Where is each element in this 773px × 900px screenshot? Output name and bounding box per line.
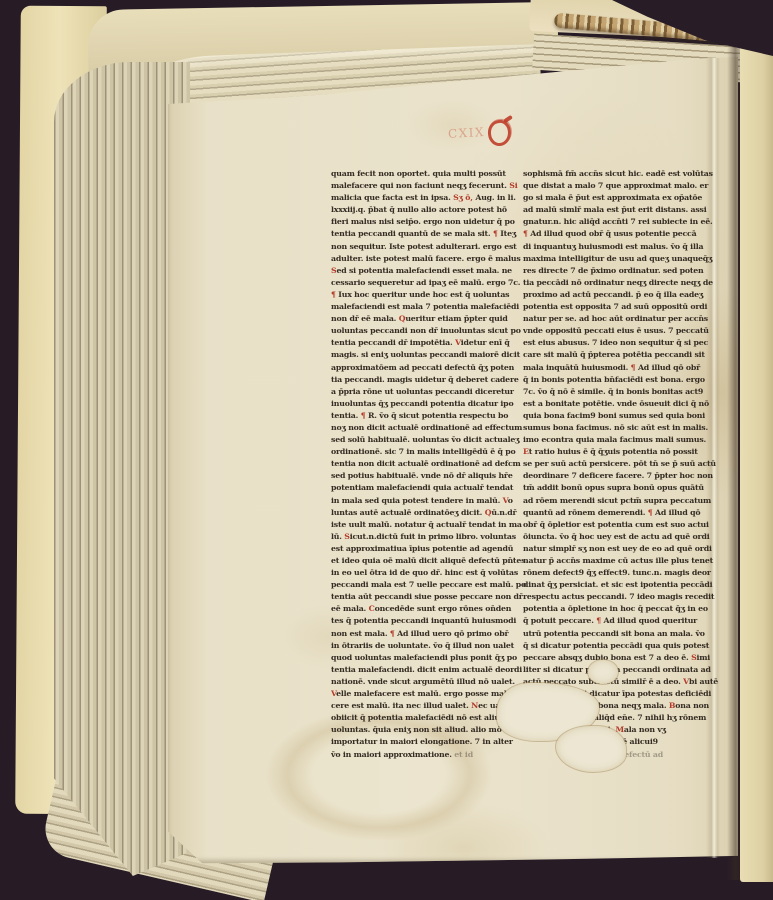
- text-line: liter si dicatur potentia peccandi ordin…: [523, 664, 721, 676]
- text-line: quam fecit non oportet. quia multi possū…: [331, 168, 529, 180]
- text-line: tentia. ¶ R. v̄o q̄ sicut potentia respe…: [331, 410, 529, 422]
- text-line: peccare absqʒ dubio bona est 7 a deo ē. …: [523, 652, 721, 664]
- text-line: importatur in maiori elongatione. 7 in a…: [331, 736, 529, 748]
- text-line: noʒ non dicit actualē ordinationē ad eff…: [331, 422, 529, 434]
- text-line: a p̄pria rōne ut uoluntas peccandi dicer…: [331, 386, 529, 398]
- text-line: tentia non dicit actualē ordinationē ad …: [331, 458, 529, 470]
- text-line: est a bonitate potētie. vnde ōsueuit dic…: [523, 398, 721, 410]
- text-line: uoluntas peccandi non dr̄ inuoluntas sic…: [331, 325, 529, 337]
- text-line: proximo ad actū peccandi. p̄ eo q̄ illa …: [523, 289, 721, 301]
- text-line: approximatōem ad peccati defectū q̄ʒ pot…: [331, 362, 529, 374]
- text-line: fieri malus nisi seip̄o. ergo non uidetu…: [331, 216, 529, 228]
- text-line: tentia malefaciendi. dicit enim actualē …: [331, 664, 529, 676]
- text-line: go si mala ē p̄ut est approximata ex op̄…: [523, 192, 721, 204]
- text-line: ¶ Iux hoc queritur unde hoc est q̄ uolun…: [331, 289, 529, 301]
- text-line: ordinationē. sic 7 in malis intelligēdū …: [331, 446, 529, 458]
- parchment-patch-tiny: [588, 660, 618, 684]
- text-line: lxxxiij.q. p̄bat q̄ nullo alio actore po…: [331, 204, 529, 216]
- text-line: iste uult malū. notatur q̄ actualr̄ tend…: [331, 519, 529, 531]
- text-line: tentia aūt peccandi siue posse peccare n…: [331, 591, 529, 603]
- text-line: adulter. iste potest malū facere. ergo ē…: [331, 253, 529, 265]
- text-line: mala inquātū huiusmodi. ¶ Ad illud qō ob…: [523, 362, 721, 374]
- text-line: q̄ in bonis potentia bn̄faciēdi est bona…: [523, 374, 721, 386]
- text-line: imo econtra quia mala facimus mali sumus…: [523, 434, 721, 446]
- text-line: rōnem defect9 q̄ʒ effect9. tunc.n. magis…: [523, 567, 721, 579]
- text-line: tm̄ addit bonū opus supra bonū opus quāt…: [523, 482, 721, 494]
- text-line: 7c. v̄o q̄ nō ē simile. q̄ in bonis boni…: [523, 386, 721, 398]
- text-line: tentia peccandi dr̄ impotētia. Videtur e…: [331, 337, 529, 349]
- text-line: malefaciendi est mala 7 potentia malefac…: [331, 301, 529, 313]
- text-line: ¶ Ad illud quod obr̄ q̄ usus potentie pe…: [523, 228, 721, 240]
- text-line: malicia que facta est in ipsa. Sʒ ō, Aug…: [331, 192, 529, 204]
- text-line: tentia peccandi quantū de se mala sit. ¶…: [331, 228, 529, 240]
- text-line: ad rōem merendi sicut pctm̄ supra peccat…: [523, 495, 721, 507]
- back-cover-edge: [740, 18, 773, 882]
- text-line: sed potius habitualē. vnde nō dr̄ aliqui…: [331, 470, 529, 482]
- text-line: cessario sequeretur ad ipaʒ eē malū. erg…: [331, 277, 529, 289]
- text-line: potentiam malefaciendi quia actualr̄ ten…: [331, 482, 529, 494]
- text-line: sumus bona facimus. nō sic aūt est in ma…: [523, 422, 721, 434]
- text-line: magis. si eniʒ uoluntas peccandi maiorē …: [331, 349, 529, 361]
- text-line: quod uoluntas malefaciendi plus ponit q̄…: [331, 652, 529, 664]
- text-line: tes q̄ potentia peccandi inquantū huiusm…: [331, 615, 529, 627]
- text-line: respectu actus peccandi. 7 ideo magis re…: [523, 591, 721, 603]
- text-line: non est mala. ¶ Ad illud uero qō primo o…: [331, 628, 529, 640]
- text-line: q̄ potuit peccare. ¶ Ad illud quod queri…: [523, 615, 721, 627]
- text-line: ōiuncta. v̄o q̄ hoc uey est de actu ad q…: [523, 531, 721, 543]
- text-line: et ideo quia oē malū dicit aliquē defect…: [331, 555, 529, 567]
- text-line: vnde oppositū peccati eius ē usus. 7 pec…: [523, 325, 721, 337]
- text-line: inuoluntas q̄ʒ peccandi potentia dicatur…: [331, 398, 529, 410]
- text-column-right: sophismā fm̄ accn̄s sicut hic. eadē est …: [523, 168, 721, 764]
- text-line: deordinare 7 deficere facere. 7 p̄pter h…: [523, 470, 721, 482]
- text-line: natur p̄ accn̄s maxime cū actus ille plu…: [523, 555, 721, 567]
- text-line: quia bona facim9 boni sumus sed quia bon…: [523, 410, 721, 422]
- text-line: sophismā fm̄ accn̄s sicut hic. eadē est …: [523, 168, 721, 180]
- text-line: quantū ad rōnem demerendi. ¶ Ad illud qō: [523, 507, 721, 519]
- text-column-left: quam fecit non oportet. quia multi possū…: [331, 168, 529, 764]
- text-line: in ōtrariis de uoluntate. v̄o q̄ illud n…: [331, 640, 529, 652]
- text-line: luntas autē actualē ordinatōeʒ dicit. Qū…: [331, 507, 529, 519]
- text-line: tia peccandi. magis uidetur q̄ deberet c…: [331, 374, 529, 386]
- text-line: q̄ si dicatur potentia peccādi qua quis …: [523, 640, 721, 652]
- text-line: que distat a malo 7 que approximat malo.…: [523, 180, 721, 192]
- text-line: est approximatiua īpius potentie ad agen…: [331, 543, 529, 555]
- text-line: in eo uel ōtra id de quo dr̄. hinc est q…: [331, 567, 529, 579]
- stamp-faint-text: CXIX: [448, 125, 486, 141]
- text-line: potentia a ōpletione in hoc q̄ peccat q̄…: [523, 603, 721, 615]
- text-line: sed solū habitualē. uoluntas v̄o dicit a…: [331, 434, 529, 446]
- text-line: non sequitur. Iste potest adulterari. er…: [331, 241, 529, 253]
- text-line: natur per se. ad hoc aūt ordinatur per a…: [523, 313, 721, 325]
- text-line: natur simplr̄ sʒ non est uey de eo ad qu…: [523, 543, 721, 555]
- text-line: ad malū simlr̄ mala est p̄ut erit distan…: [523, 204, 721, 216]
- text-line: Et ratio huius ē q̄ q̄ʒuis potentia nō p…: [523, 446, 721, 458]
- text-line: Sed si potentia malefaciendi esset mala.…: [331, 265, 529, 277]
- text-line: eē mala. Concedēde sunt ergo rōnes on̄de…: [331, 603, 529, 615]
- stamp-ring-mark: [487, 119, 513, 147]
- text-line: v̄o in maiori approximatione. et id: [331, 749, 529, 761]
- photograph-open-book: CXIX quam fecit non oportet. quia multi …: [0, 0, 773, 900]
- text-line: malefacere qui non faciunt neqʒ fecerunt…: [331, 180, 529, 192]
- text-line: res directe 7 de p̄ximo ordinatur. sed p…: [523, 265, 721, 277]
- text-line: obr̄ q̄ ōpletior est potentia cum est su…: [523, 519, 721, 531]
- text-line: in mala sed quia potest tendere in malū.…: [331, 495, 529, 507]
- text-line: dinat q̄ʒ persiciat. et sic est ipotenti…: [523, 579, 721, 591]
- text-line: di inquantuʒ huiusmodi est malus. v̄o q̄…: [523, 241, 721, 253]
- text-line: maxima intelligitur de usu ad queʒ unaqu…: [523, 253, 721, 265]
- text-line: non dr̄ eē mala. Queritur etiam p̄pter q…: [331, 313, 529, 325]
- text-line: lū. Sicut.n.dictū fuit in primo libro. v…: [331, 531, 529, 543]
- text-line: peccandi mala est 7 uelle peccare est ma…: [331, 579, 529, 591]
- text-line: se per suū actū persicere. pōt tn̄ se p̄…: [523, 458, 721, 470]
- text-line: est eius abusus. 7 ideo non sequitur q̄ …: [523, 337, 721, 349]
- text-line: potentia est opposita 7 ad suū oppositū …: [523, 301, 721, 313]
- text-line: nationē. vnde sicut argumētū illud nō ua…: [331, 676, 529, 688]
- text-line: tia peccādi nō ordinatur neqʒ directe ne…: [523, 277, 721, 289]
- text-line: care sit malū q̄ p̄pterea potētia peccan…: [523, 349, 721, 361]
- red-folio-stamp: CXIX: [448, 112, 528, 154]
- text-line: gnatur.n. hic aliq̄d accn̄ti 7 rei subie…: [523, 216, 721, 228]
- text-line: utrū potentia peccandi sit bona an mala.…: [523, 628, 721, 640]
